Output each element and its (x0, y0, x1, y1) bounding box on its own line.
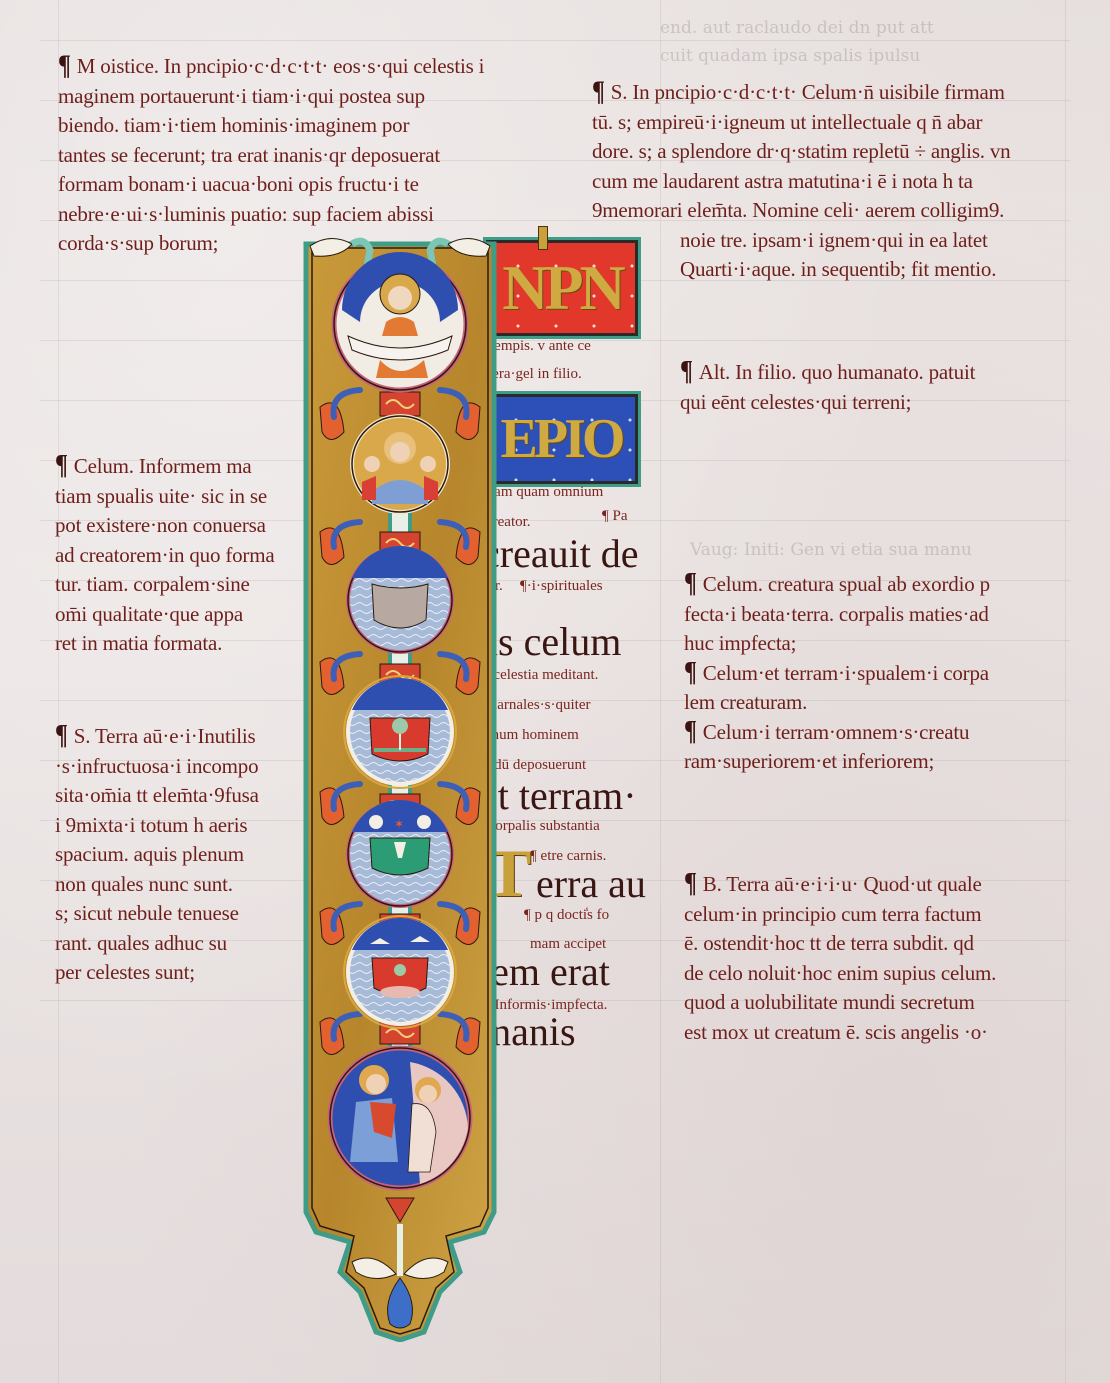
gloss-mid-left: ¶Celum. Informem ma tiam spualis uite· s… (55, 452, 305, 659)
paragraph-mark-icon: ¶ (58, 49, 71, 84)
medallion-separation-of-waters (348, 546, 452, 652)
medallion-creation-of-plants (344, 676, 456, 788)
gloss-line: ¶Celum. Informem ma (55, 452, 305, 482)
gloss-line: formam bonam·i uacua·boni opis fructu·i … (58, 170, 528, 200)
gloss-line: celum·in principio cum terra factum (684, 900, 1084, 930)
gloss-line: ¶Alt. In filio. quo humanato. patuit (680, 358, 1060, 388)
paragraph-mark-icon: ¶ (684, 656, 697, 691)
gloss-mid-right: ¶Alt. In filio. quo humanato. patuit qui… (680, 358, 1060, 417)
gloss-bottom-right: ¶B. Terra aū·e·i·i·u· Quod·ut quale celu… (684, 870, 1084, 1047)
interlinear-gloss: ¶ p q docti̾s fo (524, 907, 609, 924)
gloss-line: maginem portauerunt·i tiam·i·qui postea … (58, 82, 528, 112)
medallion-creation-of-adam (330, 1048, 470, 1188)
gloss-line: tur. tiam. corpalem·sine (55, 570, 305, 600)
gloss-line: est mox ut creatum ē. scis angelis ·o· (684, 1018, 1084, 1048)
ascender-stroke (538, 226, 548, 250)
showthrough-text: cuit quadam ipsa spalis ipulsu (660, 46, 920, 66)
panel-blue-letters: EPIO (501, 407, 622, 471)
gloss-line: biendo. tiam·i·tiem hominis·imaginem por (58, 111, 528, 141)
gloss-top-right: ¶S. In pncipio·c·d·c·t·t· Celum·n̄ uisib… (592, 78, 1072, 285)
gloss-line: lem creaturam. (684, 688, 1079, 718)
medallion-creation-of-angels (352, 416, 448, 512)
gloss-line: ram·superiorem·et inferiorem; (684, 747, 1079, 777)
gloss-line: Quarti·i·aque. in sequentib; fit mentio. (592, 255, 1072, 285)
interlinear-gloss: tempis. v ante ce (490, 338, 591, 355)
gloss-line: non quales nunc sunt. (55, 870, 305, 900)
gloss-line: rant. quales adhuc su (55, 929, 305, 959)
gloss-line: tantes se fecerunt; tra erat inanis·qr d… (58, 141, 528, 171)
medallion-creation-of-birds-and-fish (344, 916, 456, 1028)
illuminated-initial-art: ✶ (300, 232, 500, 1342)
interlinear-gloss: ¶ Pa (602, 508, 628, 525)
gloss-line: ¶B. Terra aū·e·i·i·u· Quod·ut quale (684, 870, 1084, 900)
gloss-line: ret in matia formata. (55, 629, 305, 659)
medallion-creation-of-luminaries: ✶ (348, 800, 452, 906)
paragraph-mark-icon: ¶ (684, 567, 697, 602)
display-panel-red: NPN (486, 240, 638, 336)
gloss-line: quod a uolubilitate mundi secretum (684, 988, 1084, 1018)
gloss-line: pot existere·non conuersa (55, 511, 305, 541)
paragraph-mark-icon: ¶ (684, 867, 697, 902)
gloss-line: 9memorari elem̄ta. Nomine celi· aerem co… (592, 196, 1072, 226)
gloss-line: per celestes sunt; (55, 958, 305, 988)
interlinear-gloss: tam quam omnium (490, 484, 603, 501)
gloss-line: de celo noluit·hoc enim supius celum. (684, 959, 1084, 989)
gloss-line: dore. s; a splendore dr·q·statim repletū… (592, 137, 1072, 167)
gloss-line: qui eēnt celestes·qui terreni; (680, 388, 1060, 418)
showthrough-text: end. aut raclaudo dei dn put att (660, 18, 934, 38)
gloss-line: s; sicut nebule tenuese (55, 899, 305, 929)
gloss-line: ad creatorem·in quo forma (55, 541, 305, 571)
paragraph-mark-icon: ¶ (592, 75, 605, 110)
gloss-line: ¶Celum·i terram·omnem·s·creatu (684, 718, 1079, 748)
gloss-line: ē. ostendit·hoc tt de terra subdit. qd (684, 929, 1084, 959)
bible-text-line: et terram· (480, 772, 637, 819)
gloss-line: huc impfecta; (684, 629, 1079, 659)
showthrough-text: Vaug: Initi: Gen vi etia sua manu (690, 540, 972, 560)
svg-text:✶: ✶ (394, 817, 404, 831)
gloss-line: nebre·e·ui·s·luminis puatio: sup faciem … (58, 200, 528, 230)
gloss-line: cum me laudarent astra matutina·i ē i no… (592, 167, 1072, 197)
gloss-right-lower: ¶Celum. creatura spual ab exordio p fect… (684, 570, 1079, 777)
paragraph-mark-icon: ¶ (680, 355, 693, 390)
display-panel-blue: EPIO (484, 394, 638, 484)
bible-text-line: creauit de (482, 530, 639, 577)
gloss-line: fecta·i beata·terra. corpalis maties·ad (684, 600, 1079, 630)
paragraph-mark-icon: ¶ (55, 719, 68, 754)
gloss-bottom-left: ¶S. Terra aū·e·i·Inutilis ·s·infructuosa… (55, 722, 305, 988)
gloss-line: ¶Celum·et terram·i·spualem·i corpa (684, 659, 1079, 689)
interlinear-gloss: tera·gel in filio. (488, 366, 582, 383)
gloss-line: noie tre. ipsam·i ignem·qui in ea latet (592, 226, 1072, 256)
gloss-line: spacium. aquis plenum (55, 840, 305, 870)
paragraph-mark-icon: ¶ (55, 449, 68, 484)
gloss-line: ¶S. In pncipio·c·d·c·t·t· Celum·n̄ uisib… (592, 78, 1072, 108)
gloss-top-left: ¶M oistice. In pncipio·c·d·c·t·t· eos·s·… (58, 52, 528, 259)
gloss-line: ·s·infructuosa·i incompo (55, 752, 305, 782)
gloss-line: tiam spualis uite· sic in se (55, 482, 305, 512)
gloss-line: ¶M oistice. In pncipio·c·d·c·t·t· eos·s·… (58, 52, 528, 82)
paragraph-mark-icon: ¶ (684, 715, 697, 750)
gloss-line: ¶S. Terra aū·e·i·Inutilis (55, 722, 305, 752)
gloss-line: ¶Celum. creatura spual ab exordio p (684, 570, 1079, 600)
interlinear-gloss: ¶·i·spirituales (520, 578, 603, 595)
panel-red-letters: NPN (502, 251, 622, 325)
illuminated-initial-I: ✶ (300, 232, 500, 1342)
gloss-line: om̄i qualitate·que appa (55, 600, 305, 630)
bible-text-line: erra au (536, 860, 646, 907)
gloss-line: tū. s; empireū·i·igneum ut intellectuale… (592, 108, 1072, 138)
gloss-line: sita·om̄ia tt elem̄ta·9fusa (55, 781, 305, 811)
gloss-line: i 9mixta·i totum h aeris (55, 811, 305, 841)
